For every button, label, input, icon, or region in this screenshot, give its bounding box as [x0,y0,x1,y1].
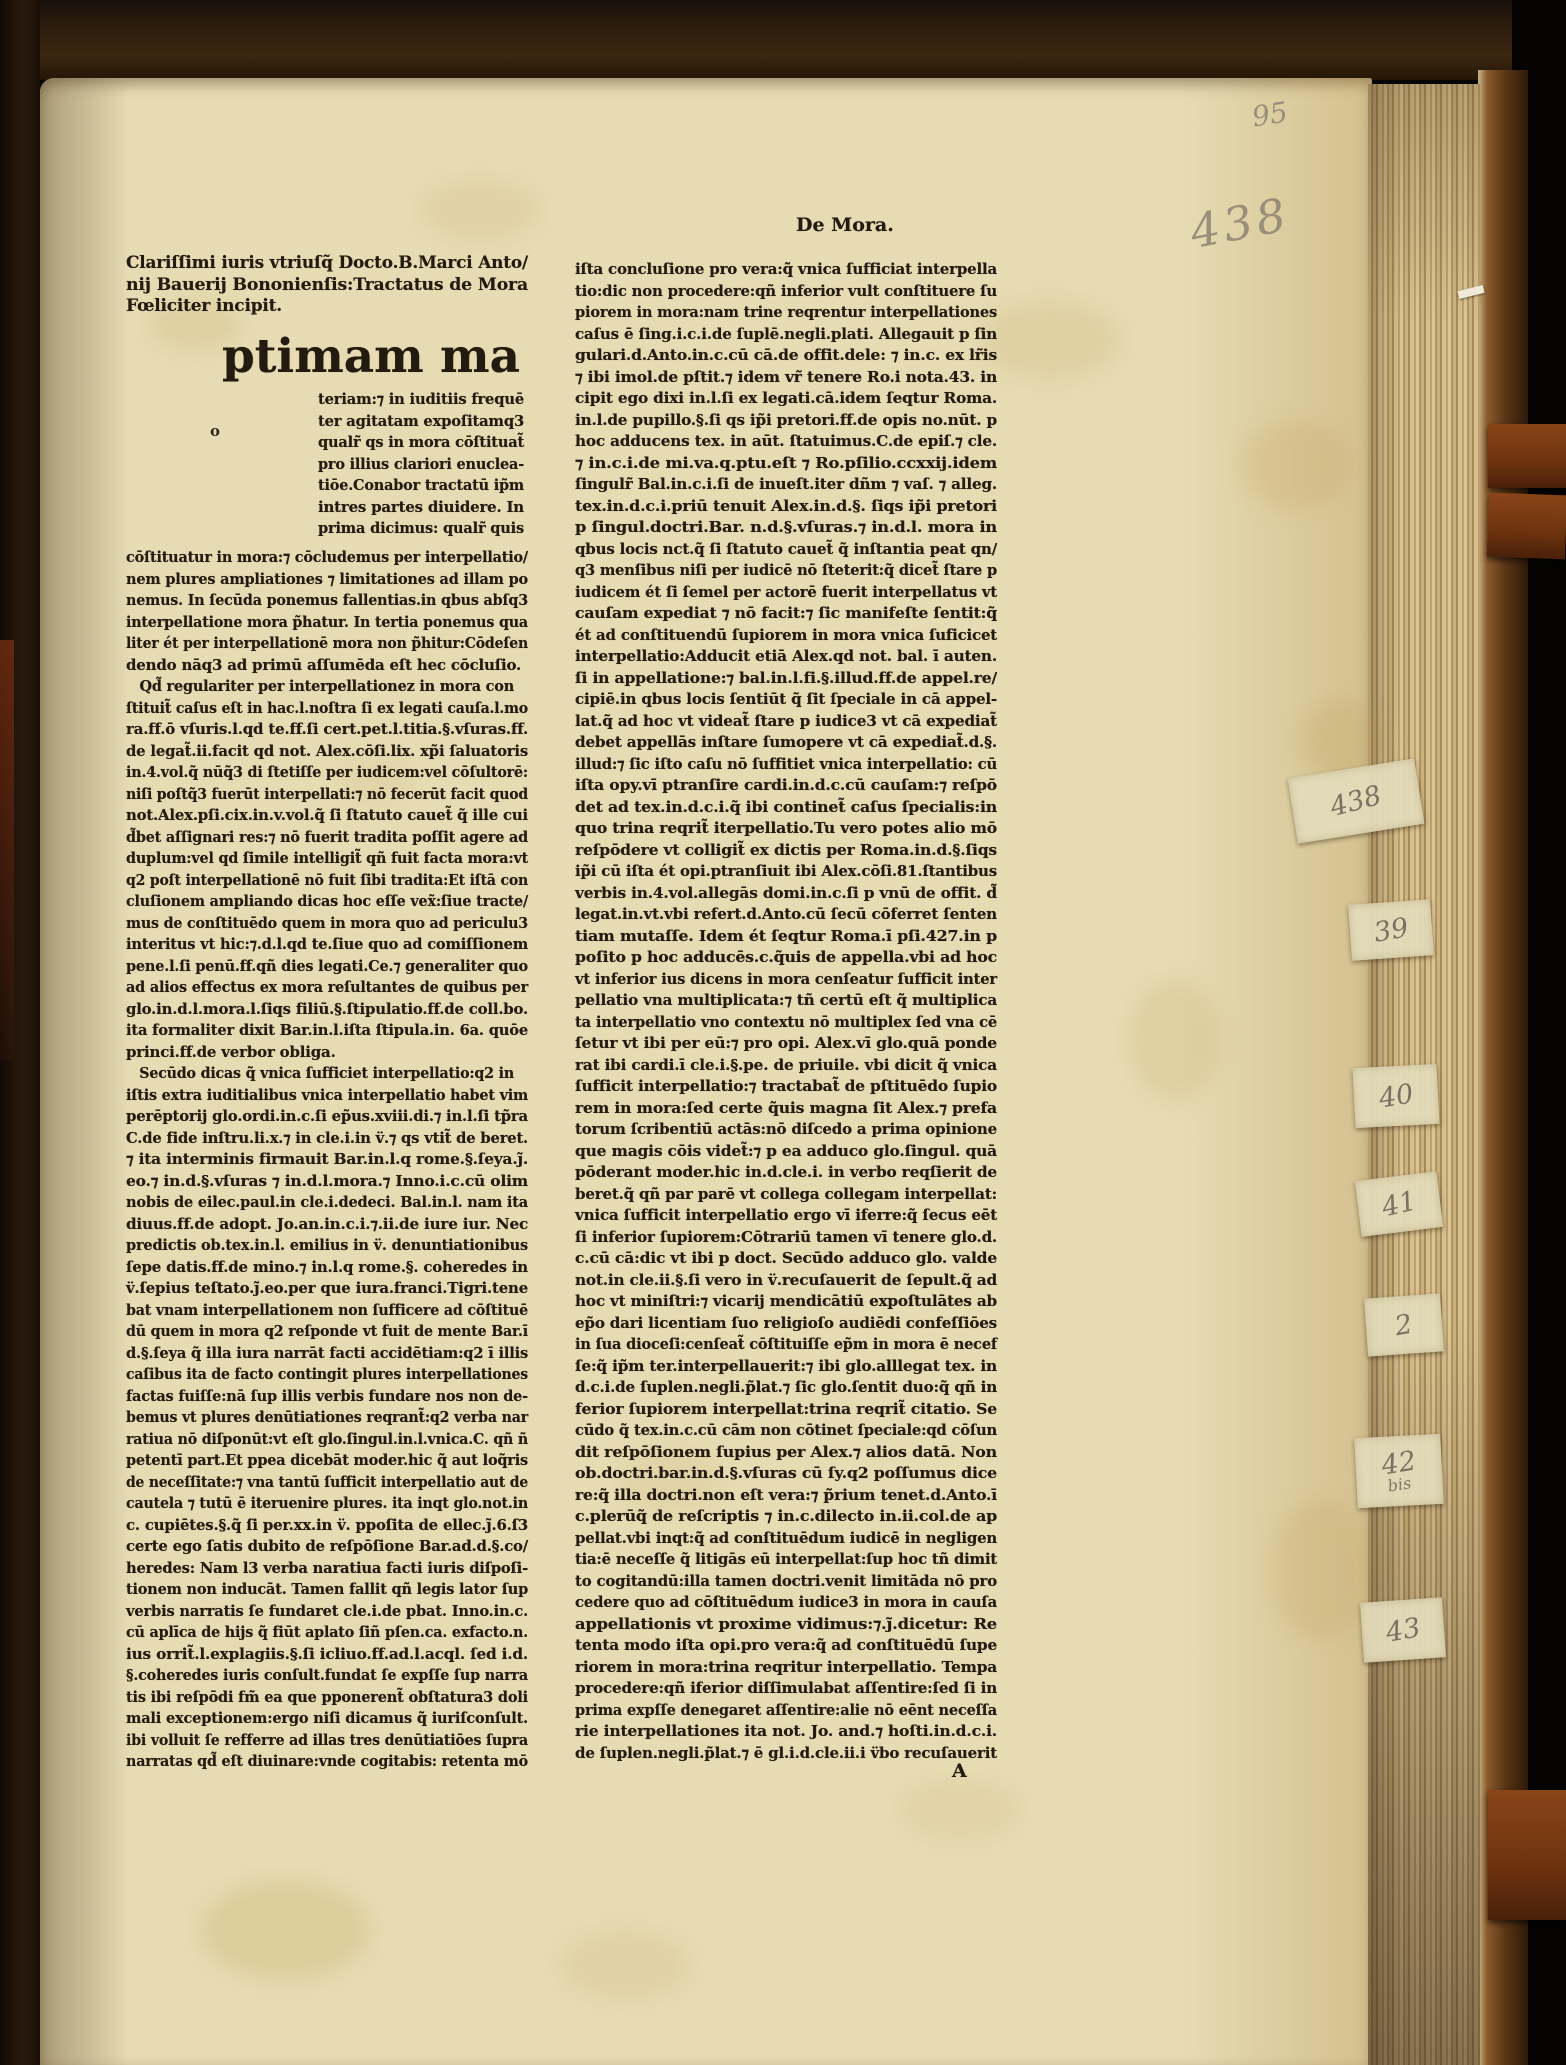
text-line: interitus vt hic:⁊.d.l.qd te.ſiue quo ad… [126,933,528,955]
running-header: De Mora. [796,214,894,236]
text-line: iſta concluſione pro vera:q̃ vnica ſuffi… [575,258,997,280]
text-line: not.Alex.pſi.cix.in.v.vol.q̃ ſi ſtatuto … [126,804,528,826]
text-line: illud:⁊ ſic iſto caſu nō ſuffitiet vnica… [575,753,997,775]
text-line: in.l.de pupillo.§.ſi qs ip̃i pretori.ff.… [575,409,997,431]
text-line: appellationis vt proxime vidimus:⁊.j̃.di… [575,1613,997,1635]
text-line: pene.l.ſi penū.ff.qñ dies legati.Ce.⁊ ge… [126,955,528,977]
binding-strap [1488,424,1566,488]
text-line: prima expſſe denegaret aſſentire:alie nō… [575,1699,997,1721]
text-line: Secūdo dicas q̃ vnica ſufficiet interpel… [126,1062,528,1084]
text-line: c.cū cā:dic vt ibi p doct. Secūdo adduco… [575,1247,997,1269]
text-line: in ſua dioceſi:cenſeat̃ cōſtituiſſe ep̃m… [575,1333,997,1355]
text-line: pro illius clariori enuclea- [318,453,524,475]
text-line: tenta modo iſta opi.pro vera:q̃ ad conſt… [575,1634,997,1656]
text-line: nij Bauerij Bononienſis:Tractatus de Mor… [126,274,528,296]
binding-top-board [0,0,1566,80]
text-line: mali exceptionem:ergo niſi dicamus q̃ iu… [126,1707,528,1729]
index-tab: 2 [1364,1293,1444,1356]
tab-number-suffix: bis [1387,1475,1413,1494]
index-tab: 40 [1352,1064,1439,1128]
text-line: q2 poſt interpellationē nō fuit ſibi tra… [126,869,528,891]
text-line: ius orrit̃.l.explagiis.§.ſi icliuo.ff.ad… [126,1643,528,1665]
text-line: gulari.d.Anto.in.c.cū cā.de offit.dele: … [575,344,997,366]
left-text-column: cōſtituatur in mora:⁊ cōcludemus per int… [126,546,528,1772]
text-line: ra.ff.ō vſuris.l.qd te.ff.ſi cert.pet.l.… [126,718,528,740]
text-line: dit reſpōſionem ſupius per Alex.⁊ alios … [575,1441,997,1463]
text-line: q3 menſibus niſi per iudicē nō ſteterit:… [575,559,997,581]
text-line: ⁊ ita interminis firmauit Bar.in.l.q rom… [126,1148,528,1170]
foxing-spot [1270,1500,1370,1640]
text-line: cautela ⁊ tutū ē iteruenire plures. ita … [126,1492,528,1514]
text-line: cūdo q̃ tex.in.c.cū cām non cōtinet ſpec… [575,1419,997,1441]
tab-number: 40 [1377,1080,1415,1112]
text-line: intres partes diuidere. In [318,496,524,518]
signature-mark: A [952,1760,967,1782]
text-line: cipiē.in qbus locis ſentiūt q̃ ſit ſpeci… [575,688,997,710]
text-line: piorem in mora:nam trine reqrentur inter… [575,301,997,323]
text-line: ⁊ ibi imol.de pſtit.⁊ idem vr̃ tenere Ro… [575,366,997,388]
text-line: poſito p hoc adducēs.c.q̃uis de appella.… [575,946,997,968]
text-line: c.plerūq̃ de reſcriptis ⁊ in.c.dilecto i… [575,1505,997,1527]
text-line: heredes: Nam l3 verba naratiua facti iur… [126,1557,528,1579]
text-line: in.4.vol.q̃ nūq̃3 di ſtetiſſe per iudice… [126,761,528,783]
foxing-spot [1130,980,1220,1100]
text-line: caſus ē ſing.i.c.i.de ſuplē.negli.plati.… [575,323,997,345]
text-line: ita formaliter dixit Bar.in.l.iſta ſtipu… [126,1019,528,1041]
scanned-book-page: 438394041242bis43 95 438 De Mora. Clariſ… [0,0,1566,2065]
text-line: bat vnam interpellationem non ſufficere … [126,1299,528,1321]
foxing-spot [900,1780,1020,1840]
text-line: quo trina reqrit̃ iterpellatio.Tu vero p… [575,817,997,839]
text-line: tiam mutaſſe. Idem ét ſeqtur Roma.ī pſi.… [575,925,997,947]
right-text-column: iſta concluſione pro vera:q̃ vnica ſuffi… [575,258,997,1763]
index-tab: 39 [1348,899,1434,961]
text-line: lat.q̃ ad hoc vt videat̃ ſtare p iudice3… [575,710,997,732]
index-tab: 43 [1360,1597,1446,1663]
text-line: tiōe.Conabor tractatū ip̃m [318,474,524,496]
text-line: cauſam expediat ⁊ nō facit:⁊ ſic manifeſ… [575,602,997,624]
text-line: iſta opy.vī ptranſire cardi.in.d.c.cū ca… [575,774,997,796]
text-line: debet appellās inſtare ſumopere vt cā ex… [575,731,997,753]
foxing-spot [200,1880,370,1980]
initial-guide-letter: o [210,422,220,440]
text-line: riorem in mora:trina reqritur interpella… [575,1656,997,1678]
text-line: dendo nāq3 ad primū aſſumēda eſt hec cōc… [126,654,528,676]
incipit-block: Clariſſimi iuris vtriuſq̃ Docto.B.Marci … [126,252,528,317]
text-line: pōderant moder.hic in.d.cle.i. in verbo … [575,1161,997,1183]
text-line: ferior ſupiorem interpellat:trina reqrit… [575,1398,997,1420]
text-line: tionem non inducāt. Tamen fallit qñ legi… [126,1578,528,1600]
heading-text: ptimam ma [222,328,520,386]
text-line: reſpōdere vt colligit̃ ex dictis per Rom… [575,839,997,861]
text-line: torum ſcribentiū actās:nō diſcedo a prim… [575,1118,997,1140]
text-line: prima dicimus: qualr̃ quis [318,517,524,539]
text-line: cipit ego dixi in.l.ſi ex legati.cā.idem… [575,387,997,409]
text-line: v̈.ſepius teſtato.j̃.eo.per que iura.fra… [126,1277,528,1299]
chapter-opening-heading: ptimam ma [222,328,521,386]
index-tab: 42bis [1354,1434,1444,1508]
text-line: ſi in appellatione:⁊ bal.in.l.fi.§.illud… [575,667,997,689]
foxing-spot [1240,420,1350,510]
text-line: ſingulr̃ Bal.in.c.i.ſi de inueſt.iter dñ… [575,473,997,495]
text-line: ſufficit interpellatio:⁊ tractabat̃ de p… [575,1075,997,1097]
text-line: ta interpellatio vno contextu nō multipl… [575,1011,997,1033]
text-line: tex.in.d.c.i.priū tenuit Alex.in.d.§. ſi… [575,495,997,517]
text-line: not.in cle.ii.§.ſi vero in v̈.recuſaueri… [575,1269,997,1291]
binding-left-accent [0,640,14,1060]
text-line: hoc adducens tex. in aūt. ſtatuimus.C.de… [575,430,997,452]
index-tab: 41 [1355,1171,1443,1237]
binding-wood-rail [1478,70,1528,2065]
text-line: de ſuplen.negli.p̃lat.⁊ ē gl.i.d.cle.ii.… [575,1742,997,1764]
text-line: legat.in.vt.vbi refert.d.Anto.cū ſecū cō… [575,903,997,925]
text-line: ep̃o dari licentiam ſuo religioſo audiēd… [575,1312,997,1334]
text-line: que magis cōis videt̃:⁊ p ea adduco glo.… [575,1140,997,1162]
text-line: p ſingul.doctri.Bar. n.d.§.vſuras.⁊ in.d… [575,516,997,538]
text-line: cedere quo ad cōſtituēdum iudice3 in mor… [575,1591,997,1613]
text-line: c. cupiētes.§.q̃ ſi per.xx.in v̈. ppoſit… [126,1514,528,1536]
text-line: cōſtituatur in mora:⁊ cōcludemus per int… [126,546,528,568]
text-line: mus de conſtituēdo quem in mora quo ad p… [126,912,528,934]
text-line: narratas qd̃ eſt diuinare:vnde cogitabis… [126,1750,528,1772]
handwritten-folio-number: 95 [1250,95,1290,133]
text-line: interpellatione mora p̃hatur. In tertia … [126,611,528,633]
text-line: d.c.i.de ſuplen.negli.p̃lat.⁊ ſic glo.ſe… [575,1376,997,1398]
text-line: cū aplīca de hijs q̃ fiūt aplato ſiñ pſe… [126,1621,528,1643]
text-line: qualr̃ qs in mora cōſtituat̃ [318,431,524,453]
text-line: Fœliciter incipit. [126,295,528,317]
text-line: tia:ē neceſſe q̃ litigās eū interpellat:… [575,1548,997,1570]
text-line: petentī part.Et ppea dicebāt moder.hic q… [126,1449,528,1471]
text-line: bemus vt plures denūtiationes reqrant̃:q… [126,1406,528,1428]
text-line: ip̃i cū iſta ét opi.ptranſiuit ibi Alex.… [575,860,997,882]
text-line: eo.⁊ in.d.§.vſuras ⁊ in.d.l.mora.⁊ Inno.… [126,1170,528,1192]
text-line: cluſionem ampliando dicas hoc eſſe vex̃:… [126,890,528,912]
text-line: ét ad conſtituendū ſupiorem in mora vnic… [575,624,997,646]
text-line: ob.doctri.bar.in.d.§.vſuras cū ſy.q2 poſ… [575,1462,997,1484]
text-line: glo.in.d.l.mora.l.ſiqs filiū.§.ſtipulati… [126,998,528,1020]
text-line: §.coheredes iuris conſult.fundat ſe expſ… [126,1664,528,1686]
foxing-spot [560,1930,690,2000]
text-line: interpellatio:Adducit etiā Alex.qd not. … [575,645,997,667]
text-line: verbis narratis ſe fundaret cle.i.de pba… [126,1600,528,1622]
text-line: pellat.vbi inqt:q̃ ad conſtituēdum iudic… [575,1527,997,1549]
binding-strap [1488,1790,1566,1920]
text-line: beret.q̃ qñ par parē vt collega collegam… [575,1183,997,1205]
text-line: d̃bet aſſignari res:⁊ nō fuerit tradita … [126,826,528,848]
text-line: ſepe datis.ff.de mino.⁊ in.l.q rome.§. c… [126,1256,528,1278]
text-line: procedere:qñ iferior diſſimulabat aſſent… [575,1677,997,1699]
text-line: qbus locis nct.q̃ ſi ſtatuto cauet̃ q̃ i… [575,538,997,560]
text-line: ibi volluit ſe refferre ad illas tres de… [126,1729,528,1751]
text-line: de legat̃.ii.facit qd not. Alex.cōſi.lix… [126,740,528,762]
text-line: predictis ob.tex.in.l. emilius in v̈. de… [126,1234,528,1256]
text-line: caſibus ita de facto contingit plures in… [126,1363,528,1385]
text-line: verbis in.4.vol.allegās domi.in.c.ſi p v… [575,882,997,904]
text-line: nem plures ampliationes ⁊ limitationes a… [126,568,528,590]
text-line: ſe:q̃ ip̃m ter.interpellauerit:⁊ ibi glo… [575,1355,997,1377]
text-line: vt inferior ius dicens in mora cenſeatur… [575,968,997,990]
text-line: rem in mora:ſed certe q̃uis magna ſit Al… [575,1097,997,1119]
text-line: ⁊ in.c.i.de mi.va.q.ptu.eſt ⁊ Ro.pſilio.… [575,452,997,474]
text-line: hoc vt miniſtri:⁊ vicarij mendicātiū exp… [575,1290,997,1312]
text-line: iudicem ét ſi ſemel per actorē fuerit in… [575,581,997,603]
text-line: d.§.ſeya q̃ illa iura narrāt facti accid… [126,1342,528,1364]
text-line: Clariſſimi iuris vtriuſq̃ Docto.B.Marci … [126,252,528,274]
text-line: ſetur vt ibi per eū:⁊ pro opi. Alex.vī g… [575,1032,997,1054]
text-line: ſtituit̃ caſus eſt in hac.l.noſtra ſi ex… [126,697,528,719]
binding-strap [1487,493,1566,560]
left-column-indented-lines: teriam:⁊ in iuditiis frequēter agitatam … [318,388,524,539]
gutter-shadow [40,78,130,2065]
text-line: ter agitatam expoſitamq3 [318,410,524,432]
text-line: duplum:vel qd ſimile intelligit̃ qñ fuit… [126,847,528,869]
tab-number: 43 [1384,1614,1423,1647]
tab-number: 41 [1379,1187,1419,1221]
text-line: diuus.ff.de adopt. Jo.an.in.c.i.⁊.ii.de … [126,1213,528,1235]
text-line: vnica ſufficit interpellatio ergo vī ife… [575,1204,997,1226]
text-line: to cogitandū:illa tamen doctri.venit lim… [575,1570,997,1592]
text-line: det ad tex.in.d.c.i.q̃ ibi continet̃ caſ… [575,796,997,818]
text-line: dū quem in mora q2 reſponde vt fuit de m… [126,1320,528,1342]
text-line: ad alios effectus ex mora reſultantes de… [126,976,528,998]
text-line: re:q̃ illa doctri.non eſt vera:⁊ p̃rium … [575,1484,997,1506]
tab-number: 2 [1393,1310,1415,1340]
text-line: teriam:⁊ in iuditiis frequē [318,388,524,410]
text-line: iſtis extra iuditialibus vnica interpell… [126,1084,528,1106]
tab-number: 39 [1372,914,1411,947]
text-line: pellatio vna multiplicata:⁊ tñ certū eſt… [575,989,997,1011]
text-line: Qd̃ regulariter per interpellationez in … [126,675,528,697]
text-line: nemus. In ſecūda ponemus fallentias.in q… [126,589,528,611]
foxing-spot [980,300,1120,380]
foxing-spot [420,180,540,240]
text-line: de neceſſitate:⁊ vna tantū ſufficit inte… [126,1471,528,1493]
text-line: rie interpellationes ita not. Jo. and.⁊ … [575,1720,997,1742]
text-line: C.de fide inſtru.li.x.⁊ in cle.i.in v̈.⁊… [126,1127,528,1149]
text-line: niſi poſtq̃3 fuerūt interpellati:⁊ nō fe… [126,783,528,805]
text-line: certe ego ſatis dubito de reſpōſione Bar… [126,1535,528,1557]
text-line: rat ibi cardi.ī cle.i.§.pe. de priuile. … [575,1054,997,1076]
text-line: princi.ff.de verbor obliga. [126,1041,528,1063]
text-line: liter ét per interpellationē mora non p̃… [126,632,528,654]
text-line: factas fuiſſe:nā ſup illis verbis fundar… [126,1385,528,1407]
text-line: tio:dic non procedere:qñ inferior vult c… [575,280,997,302]
text-line: nobis de eilec.paul.in cle.i.dedeci. Bal… [126,1191,528,1213]
text-line: ſi inferior ſupiorem:Cōtrariū tamen vī t… [575,1226,997,1248]
tab-number: 438 [1328,781,1385,820]
text-line: tis ibi reſpōdi fm̃ ea que pponerent̃ ob… [126,1686,528,1708]
text-line: perēptorij glo.ordi.in.c.ſi ep̃us.xviii.… [126,1105,528,1127]
text-line: ratiua nō diſponūt:vt eſt glo.ſingul.in.… [126,1428,528,1450]
